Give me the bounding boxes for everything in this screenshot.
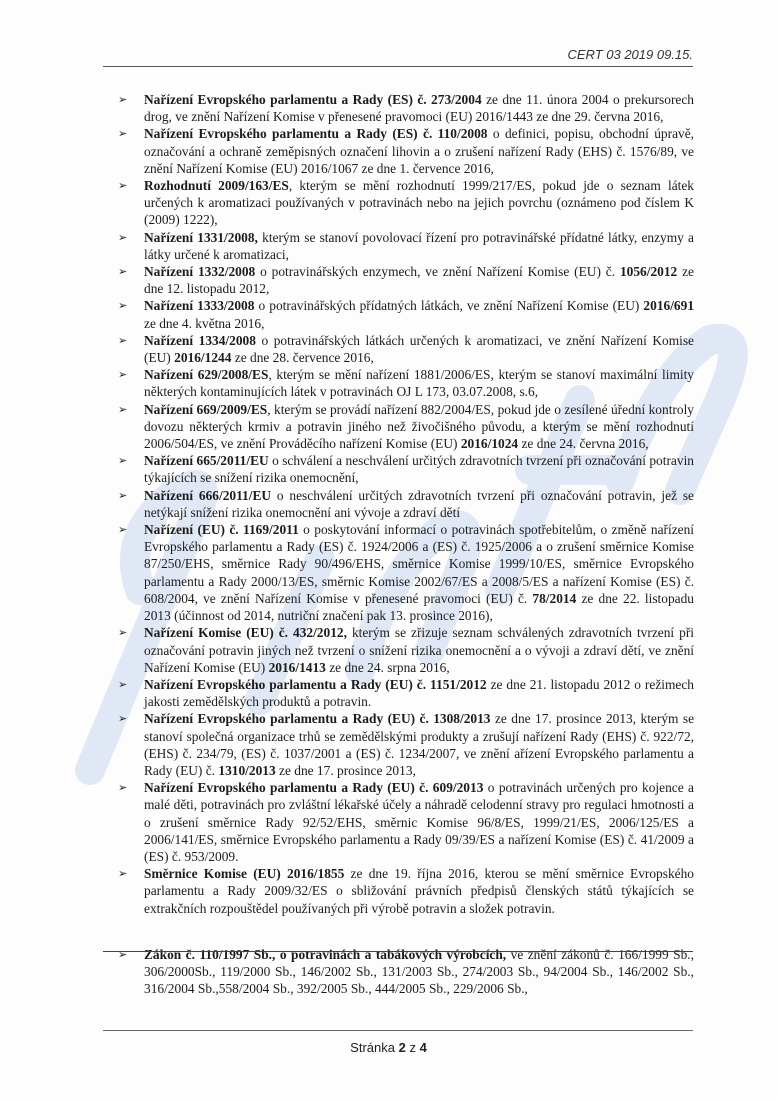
regulation-item: ➢Nařízení Evropského parlamentu a Rady (… xyxy=(118,676,694,710)
arrow-bullet-icon: ➢ xyxy=(118,332,127,349)
arrow-bullet-icon: ➢ xyxy=(118,865,127,882)
page-number: Stránka 2 z 4 xyxy=(0,1040,777,1055)
regulation-title: Směrnice Komise (EU) 2016/1855 xyxy=(144,866,344,881)
footer-divider xyxy=(103,1030,693,1031)
document-page: CERT 03 2019 09.15. ➢Nařízení Evropského… xyxy=(0,0,777,1100)
section-spacer xyxy=(118,917,694,938)
arrow-bullet-icon: ➢ xyxy=(118,521,127,538)
regulation-item: ➢Nařízení Evropského parlamentu a Rady (… xyxy=(118,710,694,779)
page-label: Stránka xyxy=(350,1040,395,1055)
arrow-bullet-icon: ➢ xyxy=(118,297,127,314)
regulation-amendment: 2016/1024 xyxy=(461,436,518,451)
regulation-item: ➢Nařízení 666/2011/EU o neschválení urči… xyxy=(118,487,694,521)
regulation-title: Nařízení Evropského parlamentu a Rady (E… xyxy=(144,126,488,141)
regulation-title: Nařízení Evropského parlamentu a Rady (E… xyxy=(144,711,491,726)
header-divider xyxy=(103,66,693,67)
regulation-amendment: 2016/1244 xyxy=(174,350,231,365)
law-item: ➢ Zákon č. 110/1997 Sb., o potravinách a… xyxy=(118,946,694,998)
regulation-list: ➢Nařízení Evropského parlamentu a Rady (… xyxy=(118,91,694,997)
arrow-bullet-icon: ➢ xyxy=(118,263,127,280)
regulation-item: ➢Nařízení (EU) č. 1169/2011 o poskytován… xyxy=(118,521,694,624)
regulation-item: ➢Nařízení 1334/2008 o potravinářských lá… xyxy=(118,332,694,366)
arrow-bullet-icon: ➢ xyxy=(118,229,127,246)
regulation-title: Nařízení 665/2011/EU xyxy=(144,453,269,468)
arrow-bullet-icon: ➢ xyxy=(118,779,127,796)
regulation-text: o potravinářských přídatných látkách, ve… xyxy=(254,298,643,313)
arrow-bullet-icon: ➢ xyxy=(118,177,127,194)
regulation-item: ➢Nařízení Evropského parlamentu a Rady (… xyxy=(118,125,694,177)
regulation-title: Nařízení (EU) č. 1169/2011 xyxy=(144,522,299,537)
regulation-title: Nařízení Evropského parlamentu a Rady (E… xyxy=(144,677,487,692)
regulation-item: ➢Nařízení 1331/2008, kterým se stanoví p… xyxy=(118,229,694,263)
regulation-item: ➢Rozhodnutí 2009/163/ES, kterým se mění … xyxy=(118,177,694,229)
regulation-title: Nařízení 666/2011/EU xyxy=(144,488,271,503)
law-title: Zákon č. 110/1997 Sb., o potravinách a t… xyxy=(144,947,506,962)
regulation-item: ➢Nařízení 1333/2008 o potravinářských př… xyxy=(118,297,694,331)
regulation-text-tail: ze dne 24. srpna 2016, xyxy=(326,660,450,675)
arrow-bullet-icon: ➢ xyxy=(118,710,127,727)
regulation-item: ➢Nařízení Evropského parlamentu a Rady (… xyxy=(118,91,694,125)
regulation-item: ➢Nařízení 629/2008/ES, kterým se mění na… xyxy=(118,366,694,400)
regulation-item: ➢Směrnice Komise (EU) 2016/1855 ze dne 1… xyxy=(118,865,694,917)
arrow-bullet-icon: ➢ xyxy=(118,401,127,418)
arrow-bullet-icon: ➢ xyxy=(118,91,127,108)
arrow-bullet-icon: ➢ xyxy=(118,676,127,693)
regulation-title: Nařízení 1332/2008 xyxy=(144,264,255,279)
section-divider xyxy=(103,951,693,952)
regulation-title: Nařízení Evropského parlamentu a Rady (E… xyxy=(144,780,483,795)
page-sep: z xyxy=(409,1040,416,1055)
arrow-bullet-icon: ➢ xyxy=(118,487,127,504)
arrow-bullet-icon: ➢ xyxy=(118,946,127,963)
document-code: CERT 03 2019 09.15. xyxy=(567,47,693,62)
regulation-item: ➢Nařízení 665/2011/EU o schválení a nesc… xyxy=(118,452,694,486)
regulation-item: ➢Nařízení 669/2009/ES, kterým se provádí… xyxy=(118,401,694,453)
page-current: 2 xyxy=(399,1040,406,1055)
regulation-title: Nařízení 1331/2008, xyxy=(144,230,258,245)
regulation-title: Nařízení 1334/2008 xyxy=(144,333,256,348)
regulation-text: o potravinářských enzymech, ve znění Nař… xyxy=(255,264,620,279)
regulation-text-tail: ze dne 17. prosince 2013, xyxy=(276,763,416,778)
regulation-item: ➢Nařízení Komise (EU) č. 432/2012, který… xyxy=(118,624,694,676)
regulation-amendment: 2016/691 xyxy=(643,298,694,313)
regulation-amendment: 1310/2013 xyxy=(218,763,275,778)
regulation-items: ➢Nařízení Evropského parlamentu a Rady (… xyxy=(118,91,694,917)
page-total: 4 xyxy=(420,1040,427,1055)
arrow-bullet-icon: ➢ xyxy=(118,366,127,383)
arrow-bullet-icon: ➢ xyxy=(118,624,127,641)
regulation-amendment: 78/2014 xyxy=(532,591,576,606)
regulation-title: Rozhodnutí 2009/163/ES xyxy=(144,178,289,193)
arrow-bullet-icon: ➢ xyxy=(118,125,127,142)
regulation-title: Nařízení 669/2009/ES xyxy=(144,402,267,417)
regulation-title: Nařízení 629/2008/ES xyxy=(144,367,268,382)
regulation-title: Nařízení 1333/2008 xyxy=(144,298,254,313)
arrow-bullet-icon: ➢ xyxy=(118,452,127,469)
regulation-text-tail: ze dne 28. července 2016, xyxy=(231,350,373,365)
regulation-amendment: 1056/2012 xyxy=(620,264,677,279)
regulation-amendment: 2016/1413 xyxy=(269,660,326,675)
regulation-text-tail: ze dne 24. června 2016, xyxy=(518,436,649,451)
regulation-item: ➢Nařízení 1332/2008 o potravinářských en… xyxy=(118,263,694,297)
regulation-title: Nařízení Komise (EU) č. 432/2012, xyxy=(144,625,347,640)
regulation-title: Nařízení Evropského parlamentu a Rady (E… xyxy=(144,92,482,107)
regulation-item: ➢Nařízení Evropského parlamentu a Rady (… xyxy=(118,779,694,865)
regulation-text-tail: ze dne 4. května 2016, xyxy=(144,316,264,331)
